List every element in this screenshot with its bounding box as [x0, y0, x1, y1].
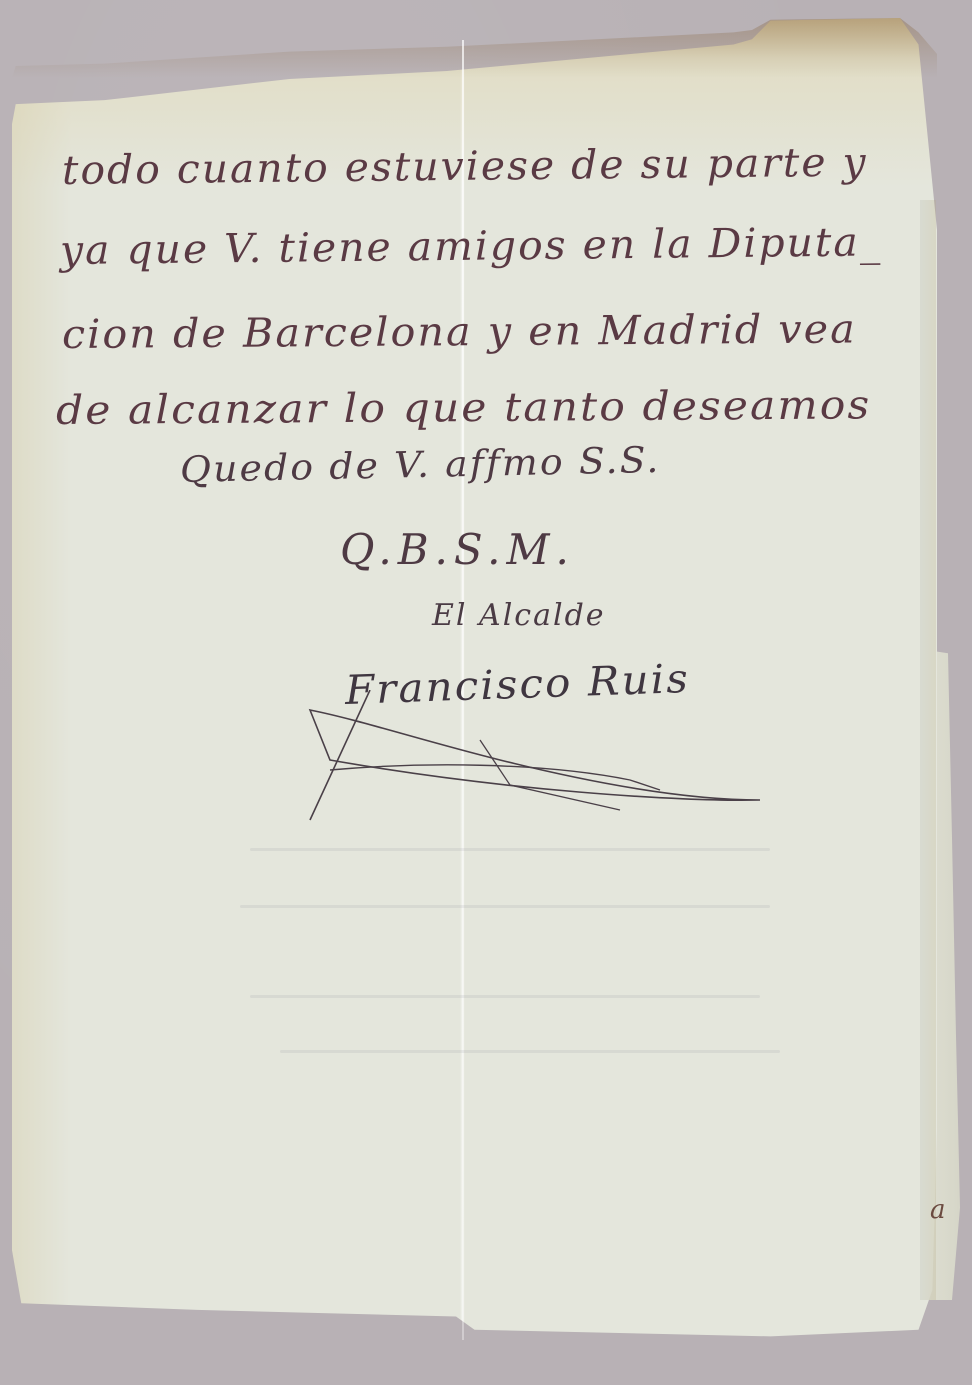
closing-formula: Q.B.S.M. — [340, 525, 575, 574]
edge-text-fragment: a — [930, 1195, 946, 1225]
signature-title: El Alcalde — [432, 598, 606, 633]
letter-line-2: ya que V. tiene amigos en la Diputa_ — [60, 219, 883, 274]
letter-line-4: de alcanzar lo que tanto deseamos — [56, 382, 872, 434]
bleed-through-line — [250, 848, 770, 851]
bleed-through-line — [240, 905, 770, 908]
letter-line-1: todo cuanto estuviese de su parte y — [62, 140, 868, 194]
bleed-through-line — [280, 1050, 780, 1053]
right-edge-fold — [920, 200, 936, 1300]
bleed-through-line — [250, 995, 760, 998]
letter-line-3: cion de Barcelona y en Madrid vea — [62, 306, 857, 358]
signature-flourish — [300, 690, 780, 830]
